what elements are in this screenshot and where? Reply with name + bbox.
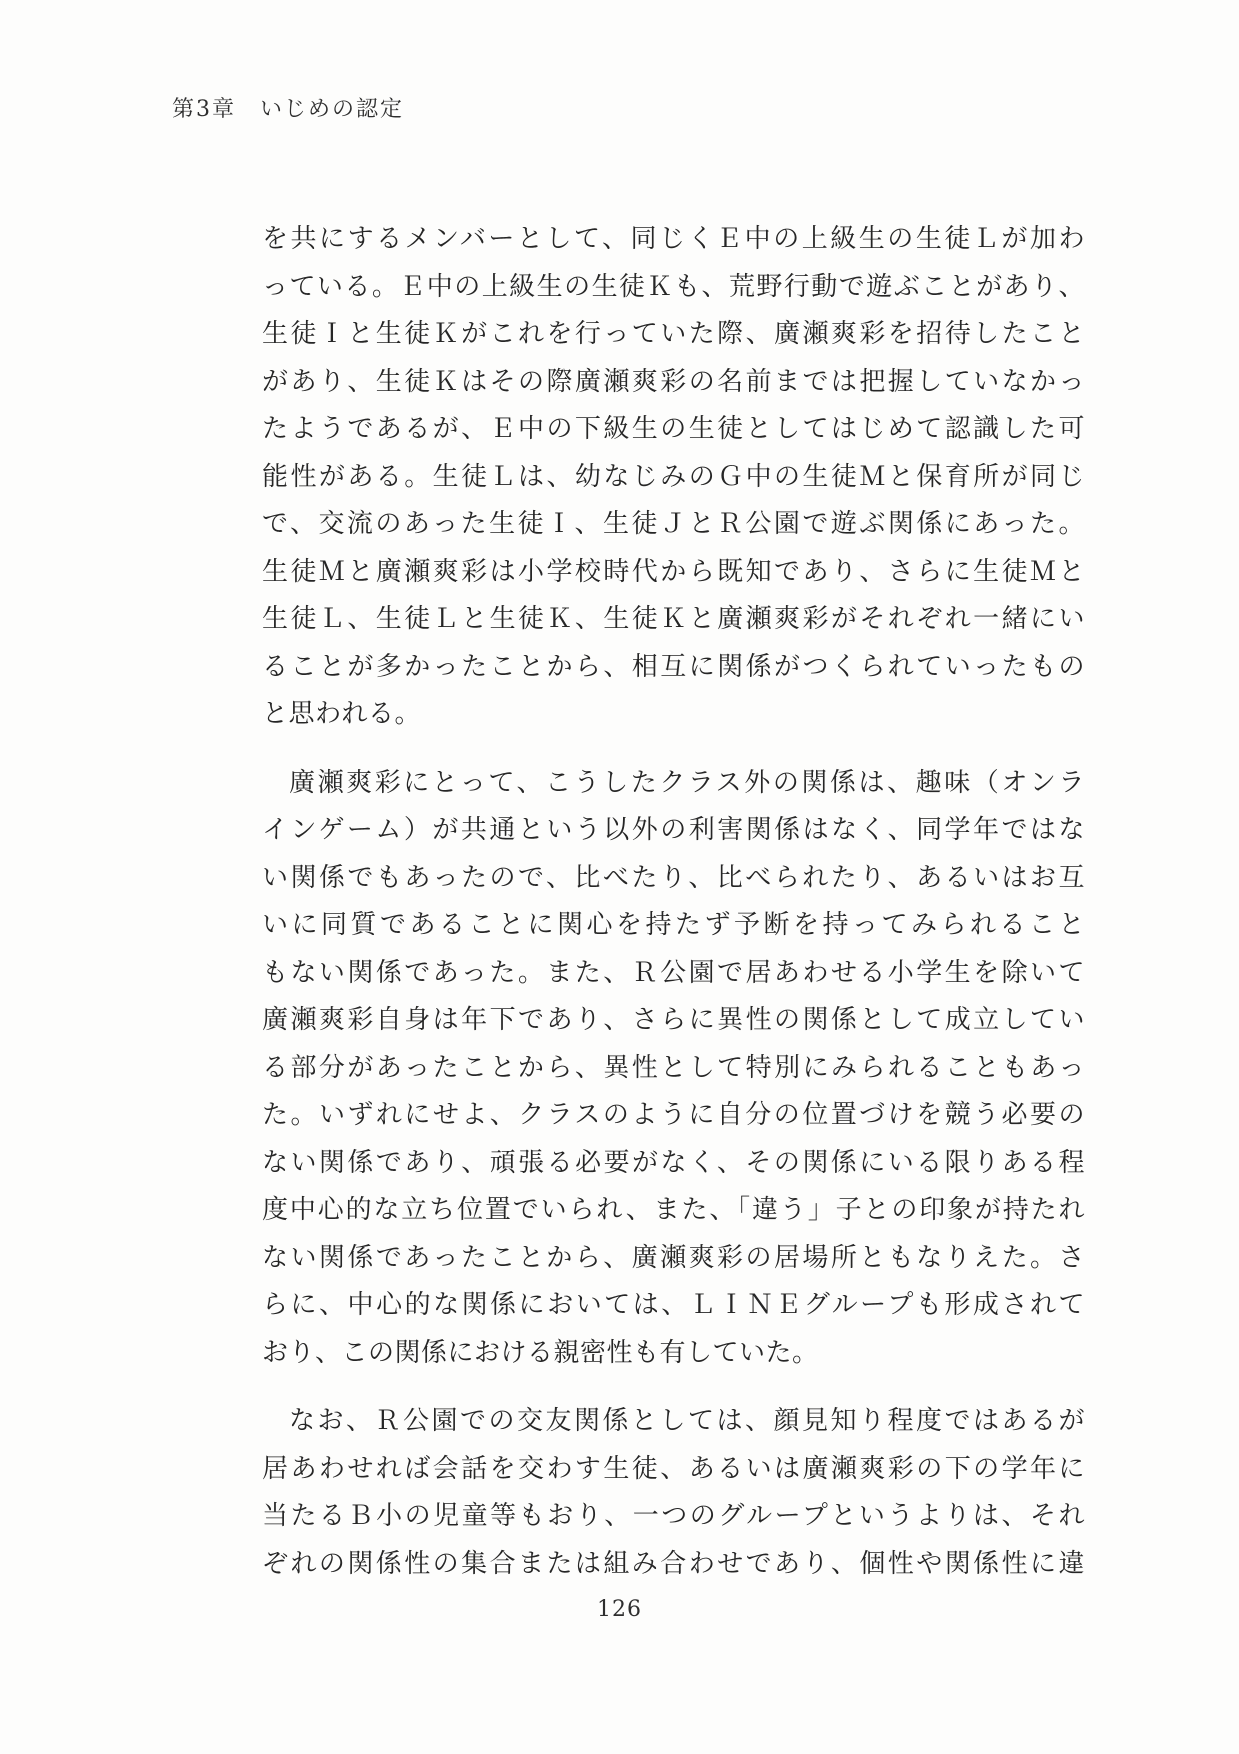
text-line: を共にするメンバーとして、同じくＥ中の上級生の生徒Ｌが加わ — [262, 216, 1085, 264]
paragraph: 廣瀬爽彩にとって、こうしたクラス外の関係は、趣味（オンラインゲーム）が共通という… — [262, 760, 1085, 1378]
text-line: 度中心的な立ち位置でいられ、また、「違う」子との印象が持たれ — [262, 1187, 1085, 1235]
text-line: 生徒Ｌ、生徒Ｌと生徒Ｋ、生徒Ｋと廣瀬爽彩がそれぞれ一緒にい — [262, 596, 1085, 644]
text-line: い関係でもあったので、比べたり、比べられたり、あるいはお互 — [262, 855, 1085, 903]
document-body: を共にするメンバーとして、同じくＥ中の上級生の生徒Ｌが加わっている。Ｅ中の上級生… — [262, 216, 1085, 1609]
text-line: 当たるＢ小の児童等もおり、一つのグループというよりは、それ — [262, 1493, 1085, 1541]
text-line: 居あわせれば会話を交わす生徒、あるいは廣瀬爽彩の下の学年に — [262, 1446, 1085, 1494]
text-line: 廣瀬爽彩自身は年下であり、さらに異性の関係として成立してい — [262, 997, 1085, 1045]
text-line: ぞれの関係性の集合または組み合わせであり、個性や関係性に違 — [262, 1541, 1085, 1589]
text-line: 生徒Ｉと生徒Ｋがこれを行っていた際、廣瀬爽彩を招待したこと — [262, 311, 1085, 359]
text-line: っている。Ｅ中の上級生の生徒Ｋも、荒野行動で遊ぶことがあり、 — [262, 264, 1085, 312]
text-line: いに同質であることに関心を持たず予断を持ってみられること — [262, 902, 1085, 950]
text-line: ない関係であり、頑張る必要がなく、その関係にいる限りある程 — [262, 1140, 1085, 1188]
document-page: 第3章 いじめの認定 を共にするメンバーとして、同じくＥ中の上級生の生徒Ｌが加わ… — [0, 0, 1239, 1754]
page-number: 126 — [0, 1597, 1239, 1622]
text-line: ることが多かったことから、相互に関係がつくられていったもの — [262, 644, 1085, 692]
text-line: なお、Ｒ公園での交友関係としては、顔見知り程度ではあるが — [262, 1398, 1085, 1446]
text-line: もない関係であった。また、Ｒ公園で居あわせる小学生を除いて — [262, 950, 1085, 998]
text-line: ない関係であったことから、廣瀬爽彩の居場所ともなりえた。さ — [262, 1235, 1085, 1283]
text-line: た。いずれにせよ、クラスのように自分の位置づけを競う必要の — [262, 1092, 1085, 1140]
text-line: で、交流のあった生徒Ｉ、生徒ＪとＲ公園で遊ぶ関係にあった。 — [262, 501, 1085, 549]
text-line: おり、この関係における親密性も有していた。 — [262, 1330, 1085, 1378]
text-line: らに、中心的な関係においては、ＬＩＮＥグループも形成されて — [262, 1282, 1085, 1330]
text-line: 廣瀬爽彩にとって、こうしたクラス外の関係は、趣味（オンラ — [262, 760, 1085, 808]
text-line: があり、生徒Ｋはその際廣瀬爽彩の名前までは把握していなかっ — [262, 359, 1085, 407]
paragraph: なお、Ｒ公園での交友関係としては、顔見知り程度ではあるが居あわせれば会話を交わす… — [262, 1398, 1085, 1588]
chapter-header: 第3章 いじめの認定 — [172, 92, 404, 123]
text-line: インゲーム）が共通という以外の利害関係はなく、同学年ではな — [262, 807, 1085, 855]
text-line: 能性がある。生徒Ｌは、幼なじみのＧ中の生徒Ｍと保育所が同じ — [262, 454, 1085, 502]
text-line: 生徒Ｍと廣瀬爽彩は小学校時代から既知であり、さらに生徒Ｍと — [262, 549, 1085, 597]
text-line: る部分があったことから、異性として特別にみられることもあっ — [262, 1045, 1085, 1093]
paragraph: を共にするメンバーとして、同じくＥ中の上級生の生徒Ｌが加わっている。Ｅ中の上級生… — [262, 216, 1085, 739]
text-line: と思われる。 — [262, 691, 1085, 739]
text-line: たようであるが、Ｅ中の下級生の生徒としてはじめて認識した可 — [262, 406, 1085, 454]
